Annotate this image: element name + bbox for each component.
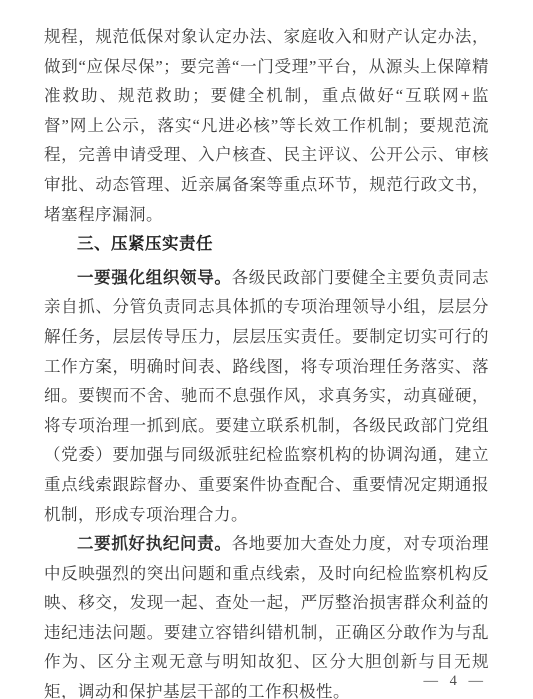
paragraph-text: 各级民政部门要健全主要负责同志亲自抓、分管负责同志具体抓的专项治理领导小组，层层… — [44, 268, 489, 524]
paragraph-organization-leadership: 一要强化组织领导。各级民政部门要健全主要负责同志亲自抓、分管负责同志具体抓的专项… — [44, 263, 489, 529]
paragraph-continuation: 规程，规范低保对象认定办法、家庭收入和财产认定办法，做到“应保尽保”；要完善“一… — [44, 22, 489, 229]
document-page: 规程，规范低保对象认定办法、家庭收入和财产认定办法，做到“应保尽保”；要完善“一… — [0, 0, 533, 699]
section-heading: 三、压紧压实责任 — [44, 229, 489, 259]
paragraph-discipline-accountability: 二要抓好执纪问责。各地要加大查处力度，对专项治理中反映强烈的突出问题和重点线索，… — [44, 529, 489, 699]
paragraph-lead: 一要强化组织领导。 — [77, 268, 232, 287]
paragraph-lead: 二要抓好执纪问责。 — [77, 534, 232, 553]
document-body: 规程，规范低保对象认定办法、家庭收入和财产认定办法，做到“应保尽保”；要完善“一… — [44, 22, 489, 699]
paragraph-text: 各地要加大查处力度，对专项治理中反映强烈的突出问题和重点线索，及时向纪检监察机构… — [44, 534, 489, 699]
page-number: — 4 — — [424, 673, 488, 690]
